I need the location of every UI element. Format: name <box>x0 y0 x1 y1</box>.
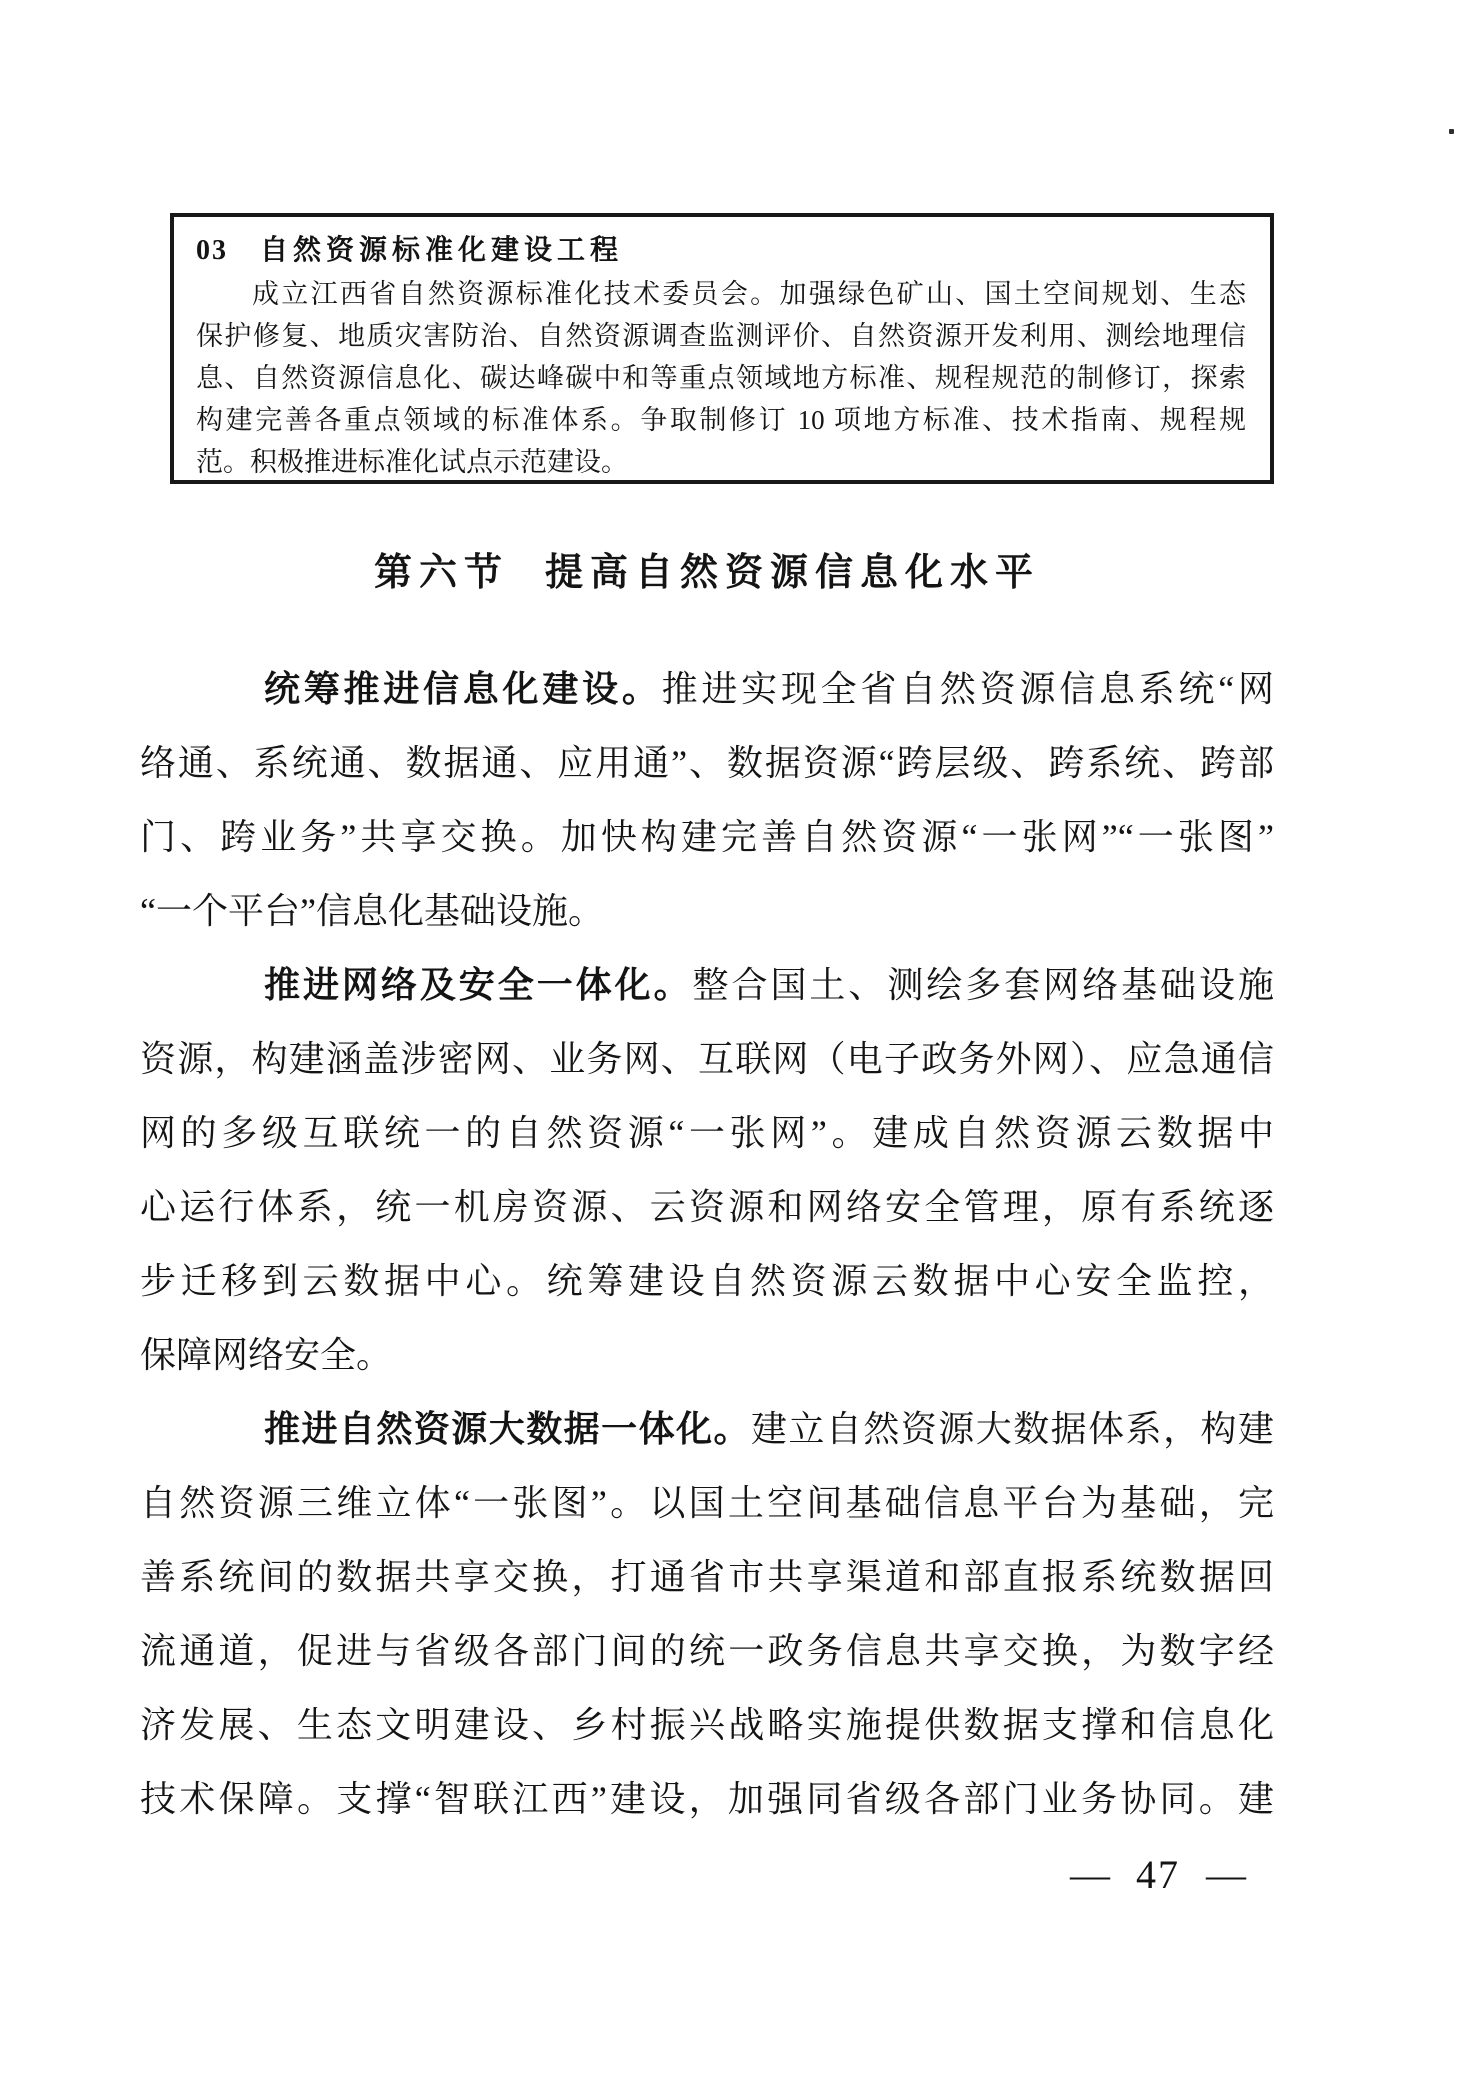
body-line-text: 流通道，促进与省级各部门间的统一政务信息共享交换，为数字经 <box>140 1631 1274 1671</box>
body-line: 资源，构建涵盖涉密网、业务网、互联网（电子政务外网）、应急通信 <box>140 1022 1274 1096</box>
page-footer: — 47 — <box>1070 1849 1246 1901</box>
body-line: 推进自然资源大数据一体化。建立自然资源大数据体系，构建 <box>140 1392 1274 1466</box>
callout-line: 构建完善各重点领域的标准体系。争取制修订 10 项地方标准、技术指南、规程规 <box>196 399 1246 441</box>
body-line: 推进网络及安全一体化。整合国土、测绘多套网络基础设施 <box>140 948 1274 1022</box>
callout-title: 自然资源标准化建设工程 <box>260 229 623 273</box>
footer-dash-right: — <box>1206 1849 1246 1901</box>
body-line: 络通、系统通、数据通、应用通”、数据资源“跨层级、跨系统、跨部 <box>140 726 1274 800</box>
body-line: 济发展、生态文明建设、乡村振兴战略实施提供数据支撑和信息化 <box>140 1688 1274 1762</box>
callout-line: 保护修复、地质灾害防治、自然资源调查监测评价、自然资源开发利用、测绘地理信 <box>196 315 1246 357</box>
body-line: “一个平台”信息化基础设施。 <box>140 874 1274 948</box>
paragraph: 推进自然资源大数据一体化。建立自然资源大数据体系，构建自然资源三维立体“一张图”… <box>140 1392 1274 1836</box>
section-title: 提高自然资源信息化水平 <box>545 552 1040 594</box>
page-number: 47 <box>1136 1849 1180 1901</box>
callout-line: 范。积极推进标准化试点示范建设。 <box>196 441 1246 483</box>
body-line-text: 善系统间的数据共享交换，打通省市共享渠道和部直报系统数据回 <box>140 1557 1274 1597</box>
callout-line-text: 成立江西省自然资源标准化技术委员会。加强绿色矿山、国土空间规划、生态 <box>252 279 1246 309</box>
callout-line-text: 构建完善各重点领域的标准体系。争取制修订 10 项地方标准、技术指南、规程规 <box>196 405 1246 435</box>
callout-box: 03 自然资源标准化建设工程 成立江西省自然资源标准化技术委员会。加强绿色矿山、… <box>170 213 1274 484</box>
body-line: 步迁移到云数据中心。统筹建设自然资源云数据中心安全监控， <box>140 1244 1274 1318</box>
paragraph-lead-bold: 推进自然资源大数据一体化。 <box>264 1409 751 1449</box>
body-line-text: 步迁移到云数据中心。统筹建设自然资源云数据中心安全监控， <box>140 1261 1274 1301</box>
body-line: 网的多级互联统一的自然资源“一张网”。建成自然资源云数据中 <box>140 1096 1274 1170</box>
body-line-text: 自然资源三维立体“一张图”。以国土空间基础信息平台为基础，完 <box>140 1483 1274 1523</box>
paragraph-lead-bold: 推进网络及安全一体化。 <box>264 965 693 1005</box>
body-line: 统筹推进信息化建设。推进实现全省自然资源信息系统“网 <box>140 652 1274 726</box>
body-line-text: 整合国土、测绘多套网络基础设施 <box>693 965 1274 1005</box>
body-line-text: 建立自然资源大数据体系，构建 <box>751 1409 1274 1449</box>
body-line-text: 心运行体系，统一机房资源、云资源和网络安全管理，原有系统逐 <box>140 1187 1274 1227</box>
body-line-text: 门、跨业务”共享交换。加快构建完善自然资源“一张网”“一张图” <box>140 817 1274 857</box>
body-line: 保障网络安全。 <box>140 1318 1274 1392</box>
body-line-text: “一个平台”信息化基础设施。 <box>140 891 604 931</box>
body-line-text: 络通、系统通、数据通、应用通”、数据资源“跨层级、跨系统、跨部 <box>140 743 1274 783</box>
callout-line-text: 范。积极推进标准化试点示范建设。 <box>196 447 628 477</box>
callout-line-text: 息、自然资源信息化、碳达峰碳中和等重点领域地方标准、规程规范的制修订，探索 <box>196 363 1246 393</box>
callout-heading: 03 自然资源标准化建设工程 <box>196 229 1246 273</box>
body-line: 自然资源三维立体“一张图”。以国土空间基础信息平台为基础，完 <box>140 1466 1274 1540</box>
body-line: 善系统间的数据共享交换，打通省市共享渠道和部直报系统数据回 <box>140 1540 1274 1614</box>
callout-line: 息、自然资源信息化、碳达峰碳中和等重点领域地方标准、规程规范的制修订，探索 <box>196 357 1246 399</box>
paragraph: 推进网络及安全一体化。整合国土、测绘多套网络基础设施资源，构建涵盖涉密网、业务网… <box>140 948 1274 1392</box>
body-line: 技术保障。支撑“智联江西”建设，加强同省级各部门业务协同。建 <box>140 1762 1274 1836</box>
body-line: 门、跨业务”共享交换。加快构建完善自然资源“一张网”“一张图” <box>140 800 1274 874</box>
body-line-text: 保障网络安全。 <box>140 1335 392 1375</box>
callout-number: 03 <box>196 229 228 273</box>
section-label: 第六节 <box>374 552 509 594</box>
body-line-text: 网的多级互联统一的自然资源“一张网”。建成自然资源云数据中 <box>140 1113 1274 1153</box>
body-line: 流通道，促进与省级各部门间的统一政务信息共享交换，为数字经 <box>140 1614 1274 1688</box>
body-line-text: 推进实现全省自然资源信息系统“网 <box>662 669 1274 709</box>
document-page: 03 自然资源标准化建设工程 成立江西省自然资源标准化技术委员会。加强绿色矿山、… <box>0 0 1482 2094</box>
paragraph: 统筹推进信息化建设。推进实现全省自然资源信息系统“网络通、系统通、数据通、应用通… <box>140 652 1274 948</box>
callout-line: 成立江西省自然资源标准化技术委员会。加强绿色矿山、国土空间规划、生态 <box>196 273 1246 315</box>
callout-body: 成立江西省自然资源标准化技术委员会。加强绿色矿山、国土空间规划、生态保护修复、地… <box>196 273 1246 483</box>
paragraph-lead-bold: 统筹推进信息化建设。 <box>264 669 662 709</box>
body-line-text: 技术保障。支撑“智联江西”建设，加强同省级各部门业务协同。建 <box>140 1779 1274 1819</box>
callout-line-text: 保护修复、地质灾害防治、自然资源调查监测评价、自然资源开发利用、测绘地理信 <box>196 321 1246 351</box>
body-text: 统筹推进信息化建设。推进实现全省自然资源信息系统“网络通、系统通、数据通、应用通… <box>140 652 1274 1836</box>
footer-dash-left: — <box>1070 1849 1110 1901</box>
body-line-text: 资源，构建涵盖涉密网、业务网、互联网（电子政务外网）、应急通信 <box>140 1039 1274 1079</box>
section-heading: 第六节提高自然资源信息化水平 <box>140 549 1274 597</box>
body-line-text: 济发展、生态文明建设、乡村振兴战略实施提供数据支撑和信息化 <box>140 1705 1274 1745</box>
body-line: 心运行体系，统一机房资源、云资源和网络安全管理，原有系统逐 <box>140 1170 1274 1244</box>
scan-speck <box>1449 129 1454 134</box>
